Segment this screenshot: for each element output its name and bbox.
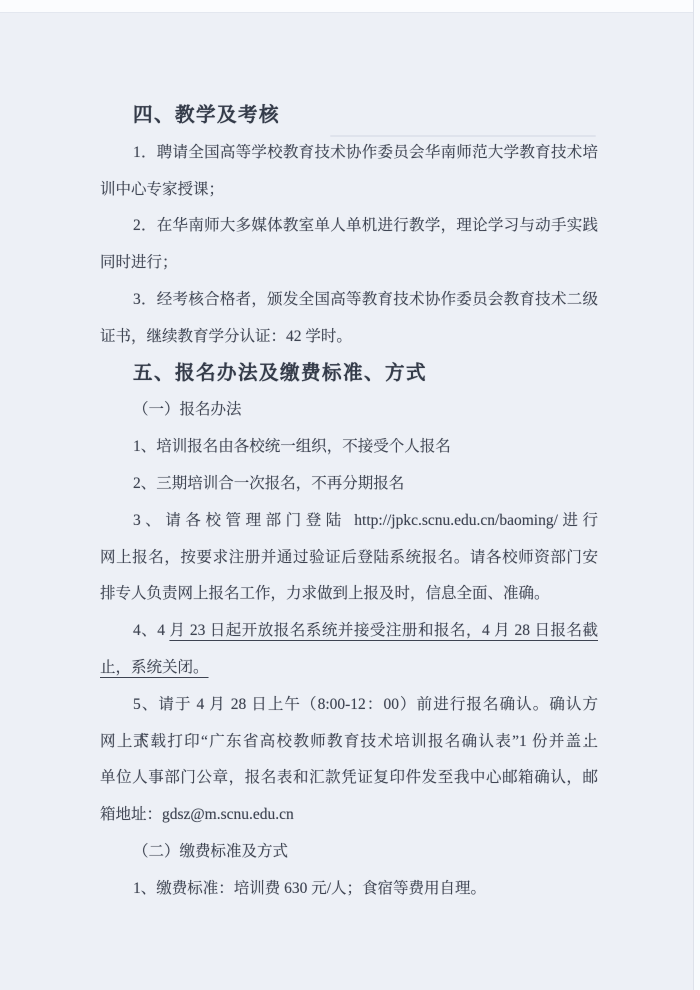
scanned-document-page: 四、教学及考核 1．聘请全国高等学校教育技术协作委员会华南师范大学教育技术培 训… [100, 0, 598, 908]
s4-item1-line1: 1．聘请全国高等学校教育技术协作委员会华南师范大学教育技术培 [100, 135, 598, 172]
s5-sub1-heading: （一）报名办法 [100, 392, 598, 429]
s5-sub1-item5-line1: 5、请于 4 月 28 日上午（8:00-12：00）前进行报名确认。确认方式： [100, 687, 598, 724]
s5-sub1-item4-line2: 止，系统关闭。 [100, 650, 598, 687]
s5-sub2-heading: （二）缴费标准及方式 [100, 834, 598, 871]
heading-section-5: 五、报名办法及缴费标准、方式 [100, 356, 598, 393]
s5-sub1-item3-line1: 3、请各校管理部门登陆 http://jpkc.scnu.edu.cn/baom… [100, 503, 598, 540]
heading-section-4: 四、教学及考核 [100, 98, 598, 135]
s4-item3-line1: 3．经考核合格者，颁发全国高等教育技术协作委员会教育技术二级 [100, 282, 598, 319]
s4-item1-line2: 训中心专家授课； [100, 172, 598, 209]
s5-sub1-item4-prefix: 4、4 [133, 622, 169, 639]
s5-sub1-item5-line4: 箱地址：gdsz@m.scnu.edu.cn [100, 797, 598, 834]
s5-sub1-item5-line2: 网上下载打印“广东省高校教师教育技术培训报名确认表”1 份并盖上 [100, 724, 598, 761]
s5-sub2-item1: 1、缴费标准：培训费 630 元/人；食宿等费用自理。 [100, 871, 598, 908]
s5-sub1-item3-line2: 网上报名，按要求注册并通过验证后登陆系统报名。请各校师资部门安 [100, 540, 598, 577]
s4-item3-line2: 证书，继续教育学分认证：42 学时。 [100, 319, 598, 356]
s4-item2-line1: 2．在华南师大多媒体教室单人单机进行教学，理论学习与动手实践 [100, 208, 598, 245]
s5-sub1-item2: 2、三期培训合一次报名，不再分期报名 [100, 466, 598, 503]
s5-sub1-item5-line3: 单位人事部门公章，报名表和汇款凭证复印件发至我中心邮箱确认，邮 [100, 760, 598, 797]
scan-right-edge [693, 0, 700, 990]
s5-sub1-item4-line1: 4、4 月 23 日起开放报名系统并接受注册和报名，4 月 28 日报名截 [100, 613, 598, 650]
s5-sub1-item1: 1、培训报名由各校统一组织，不接受个人报名 [100, 429, 598, 466]
s5-sub1-item4-underlined-text: 月 23 日起开放报名系统并接受注册和报名，4 月 28 日报名截 [169, 622, 598, 639]
s5-sub1-item3-line3: 排专人负责网上报名工作，力求做到上报及时，信息全面、准确。 [100, 576, 598, 613]
s4-item2-line2: 同时进行； [100, 245, 598, 282]
